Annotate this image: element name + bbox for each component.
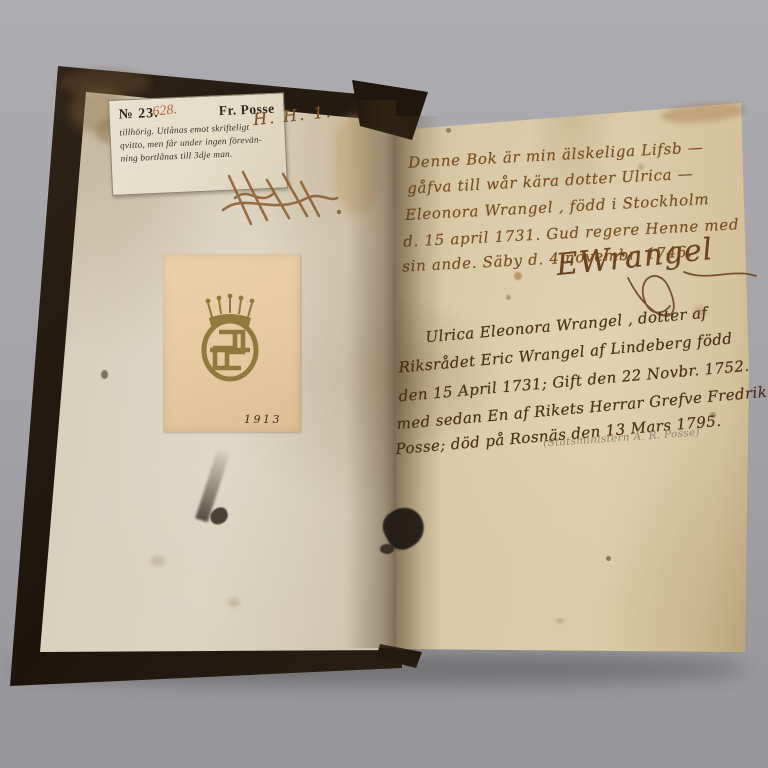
ink-blot-satellite: [380, 544, 394, 554]
crowned-monogram-icon: [194, 290, 266, 382]
label-header-row: № 23. 628. Fr. Posse: [118, 101, 275, 124]
foxing-spot: [514, 272, 522, 280]
faint-spot: [150, 556, 166, 566]
bookplate-year: 1913: [244, 413, 282, 426]
foxing-spot: [506, 295, 511, 300]
faint-spot: [556, 618, 564, 624]
dark-speck: [446, 128, 451, 133]
dark-speck: [606, 556, 611, 561]
gutter-shadow-right: [396, 116, 442, 650]
gutter-shadow-left: [346, 100, 396, 648]
dark-speck: [101, 370, 108, 379]
faint-spot: [228, 598, 240, 607]
bookplate-card: 1913: [163, 254, 300, 432]
photo-open-antique-book: № 23. 628. Fr. Posse tillhörig. Utlånas …: [0, 0, 768, 768]
label-handwritten-number: 628.: [152, 102, 178, 121]
crossed-out-scribble: [215, 158, 345, 240]
